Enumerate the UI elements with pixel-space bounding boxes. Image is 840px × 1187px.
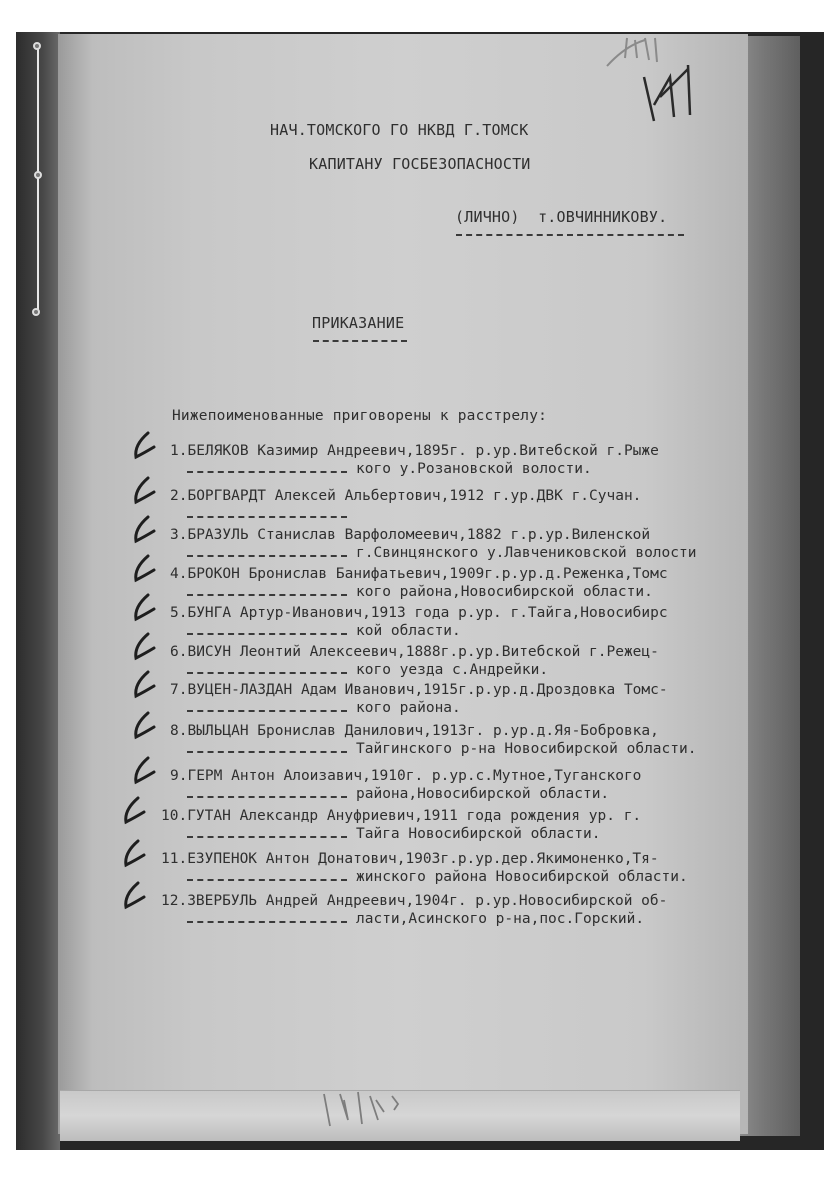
list-item-line2: района,Новосибирской области.: [356, 786, 609, 802]
check-mark-icon: [130, 711, 156, 741]
list-item-dash-rule: [187, 710, 347, 712]
list-item-line1: 12.ЗВЕРБУЛЬ Андрей Андреевич,1904г. р.ур…: [161, 893, 667, 909]
list-item-dash-rule: [187, 633, 347, 635]
list-item-number: 1.: [170, 443, 187, 459]
check-mark-icon: [130, 476, 156, 506]
list-item-line2: кого у.Розановской волости.: [356, 461, 592, 477]
list-item-dash-rule: [187, 594, 347, 596]
title-underline: [313, 340, 407, 342]
list-item-line1: 11.ЕЗУПЕНОК Антон Донатович,1903г.р.ур.д…: [161, 851, 659, 867]
list-item-dash-rule: [187, 796, 347, 798]
list-item-line2: ласти,Асинского р-на,пос.Горский.: [356, 911, 644, 927]
list-item-number: 11.: [161, 851, 187, 867]
check-mark-icon: [120, 796, 146, 826]
list-item-line2: жинского района Новосибирской области.: [356, 869, 688, 885]
list-item-number: 3.: [170, 527, 187, 543]
check-mark-icon: [120, 839, 146, 869]
scan-margin: [0, 1155, 840, 1187]
list-item-text: ГУТАН Александр Ануфриевич,1911 года рож…: [187, 808, 641, 824]
list-item-text: ВИСУН Леонтий Алексеевич,1888г.р.ур.Вите…: [187, 644, 658, 660]
binding-thread: [37, 46, 39, 174]
list-item-number: 7.: [170, 682, 187, 698]
list-item-text: БЕЛЯКОВ Казимир Андреевич,1895г. р.ур.Ви…: [187, 443, 658, 459]
list-item-dash-rule: [187, 471, 347, 473]
list-item-dash-rule: [187, 751, 347, 753]
list-item-line1: 6.ВИСУН Леонтий Алексеевич,1888г.р.ур.Ви…: [170, 644, 659, 660]
list-item-text: БОРГВАРДТ Алексей Альбертович,1912 г.ур.…: [187, 488, 641, 504]
addressee-underline: [456, 234, 684, 236]
list-item-number: 8.: [170, 723, 187, 739]
list-item-dash-rule: [187, 555, 347, 557]
list-item-line1: 10.ГУТАН Александр Ануфриевич,1911 года …: [161, 808, 641, 824]
list-item-line1: 9.ГЕРМ Антон Алоизавич,1910г. р.ур.с.Мут…: [170, 768, 641, 784]
binding-thread: [37, 176, 39, 312]
list-item-number: 9.: [170, 768, 187, 784]
check-mark-icon: [130, 756, 156, 786]
intro-text: Нижепоименованные приговорены к расстрел…: [172, 408, 547, 424]
list-item-number: 5.: [170, 605, 187, 621]
list-item-dash-rule: [187, 836, 347, 838]
list-item-line1: 1.БЕЛЯКОВ Казимир Андреевич,1895г. р.ур.…: [170, 443, 659, 459]
list-item-text: БРАЗУЛЬ Станислав Варфоломеевич,1882 г.р…: [187, 527, 650, 543]
addressee-line-3: (ЛИЧНО) т.ОВЧИННИКОВУ.: [455, 208, 667, 226]
list-item-line1: 4.БРОКОН Бронислав Банифатьевич,1909г.р.…: [170, 566, 668, 582]
document-title: ПРИКАЗАНИЕ: [312, 314, 404, 332]
handwritten-page-number: [640, 55, 700, 125]
addressee-line-1: НАЧ.ТОМСКОГО ГО НКВД Г.ТОМСК: [270, 121, 528, 139]
list-item-dash-rule: [187, 516, 347, 518]
list-item-line1: 3.БРАЗУЛЬ Станислав Варфоломеевич,1882 г…: [170, 527, 650, 543]
list-item-number: 2.: [170, 488, 187, 504]
list-item-text: ВЫЛЬЦАН Бронислав Данилович,1913г. р.ур.…: [187, 723, 658, 739]
list-item-number: 12.: [161, 893, 187, 909]
list-item-line2: Тайгинского р-на Новосибирской области.: [356, 741, 696, 757]
check-mark-icon: [130, 670, 156, 700]
list-item-text: ВУЦЕН-ЛАЗДАН Адам Иванович,1915г.р.ур.д.…: [187, 682, 667, 698]
list-item-text: БРОКОН Бронислав Банифатьевич,1909г.р.ур…: [187, 566, 667, 582]
list-item-line2: кой области.: [356, 623, 461, 639]
handwritten-bottom-note: [318, 1090, 418, 1130]
list-item-text: ЗВЕРБУЛЬ Андрей Андреевич,1904г. р.ур.Но…: [187, 893, 667, 909]
stacked-pages-edge: [740, 36, 800, 1136]
list-item-text: БУНГА Артур-Иванович,1913 года р.ур. г.Т…: [187, 605, 667, 621]
list-item-dash-rule: [187, 879, 347, 881]
list-item-line2: г.Свинцянского у.Лавчениковской волости: [356, 545, 696, 561]
addressee-line-2: КАПИТАНУ ГОСБЕЗОПАСНОСТИ: [309, 155, 531, 173]
list-item-line1: 8.ВЫЛЬЦАН Бронислав Данилович,1913г. р.у…: [170, 723, 659, 739]
list-item-line1: 2.БОРГВАРДТ Алексей Альбертович,1912 г.у…: [170, 488, 641, 504]
binding-knot: [33, 42, 41, 50]
list-item-line2: кого уезда с.Андрейки.: [356, 662, 548, 678]
check-mark-icon: [130, 554, 156, 584]
list-item-line1: 5.БУНГА Артур-Иванович,1913 года р.ур. г…: [170, 605, 668, 621]
check-mark-icon: [130, 593, 156, 623]
list-item-number: 4.: [170, 566, 187, 582]
list-item-line2: кого района,Новосибирской области.: [356, 584, 653, 600]
check-mark-icon: [130, 431, 156, 461]
list-item-line2: Тайга Новосибирской области.: [356, 826, 600, 842]
list-item-line2: кого района.: [356, 700, 461, 716]
check-mark-icon: [120, 881, 146, 911]
list-item-dash-rule: [187, 921, 347, 923]
list-item-dash-rule: [187, 672, 347, 674]
check-mark-icon: [130, 515, 156, 545]
list-item-number: 6.: [170, 644, 187, 660]
list-item-text: ЕЗУПЕНОК Антон Донатович,1903г.р.ур.дер.…: [187, 851, 658, 867]
check-mark-icon: [130, 632, 156, 662]
binding-knot: [34, 171, 42, 179]
list-item-text: ГЕРМ Антон Алоизавич,1910г. р.ур.с.Мутно…: [187, 768, 641, 784]
binding-knot: [32, 308, 40, 316]
list-item-number: 10.: [161, 808, 187, 824]
list-item-line1: 7.ВУЦЕН-ЛАЗДАН Адам Иванович,1915г.р.ур.…: [170, 682, 668, 698]
